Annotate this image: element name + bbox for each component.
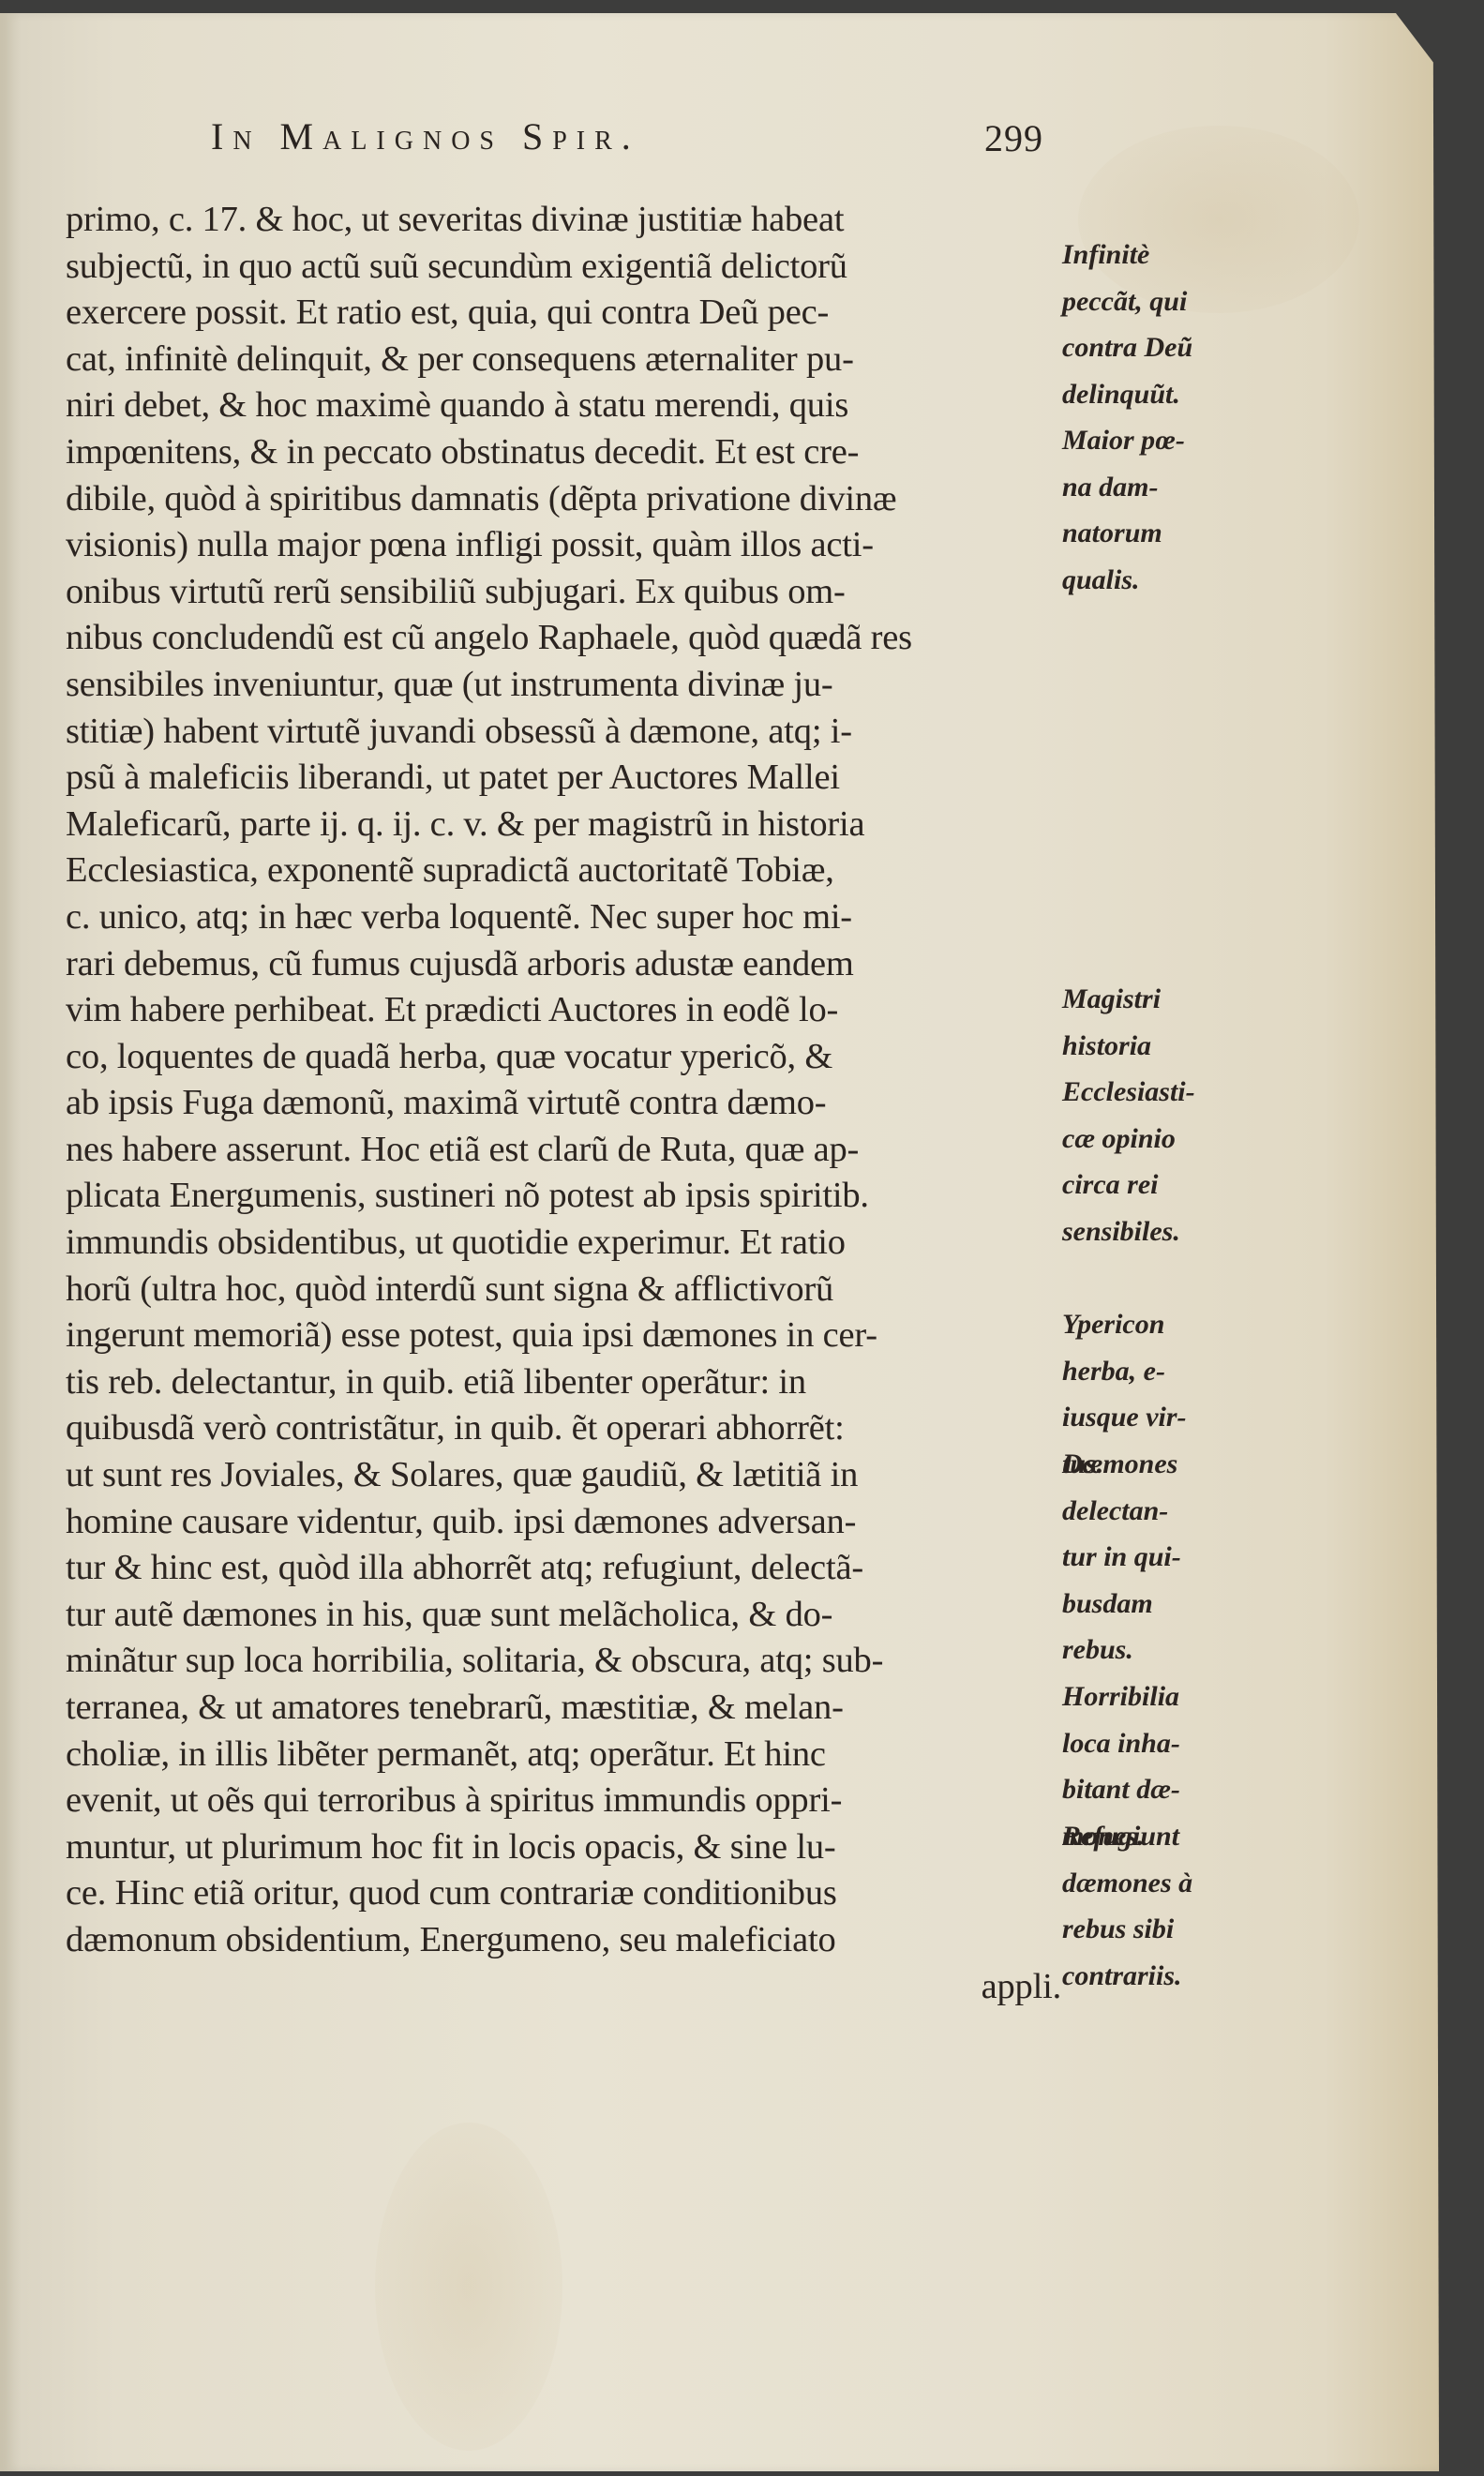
text-line: terranea, & ut amatores tenebrarũ, mæsti… <box>66 1685 1087 1732</box>
margin-note-line: Maior pœ- <box>1062 417 1185 464</box>
text-line: choliæ, in illis libẽter permanẽt, atq; … <box>66 1732 1087 1778</box>
margin-note-line: Ypericon <box>1062 1301 1187 1348</box>
text-line: niri debet, & hoc maximè quando à statu … <box>66 383 1087 429</box>
text-line: impœnitens, & in peccato obstinatus dece… <box>66 429 1087 476</box>
text-line: primo, c. 17. & hoc, ut severitas divinæ… <box>66 197 1087 244</box>
margin-note-line: sensibiles. <box>1062 1208 1195 1255</box>
margin-note-line: Infinitè <box>1062 232 1192 278</box>
text-line: horũ (ultra hoc, quòd interdũ sunt signa… <box>66 1267 1087 1313</box>
running-head: In Malignos Spir. 299 <box>211 114 1055 158</box>
margin-note-line: delectan- <box>1062 1488 1181 1535</box>
text-line: ingerunt memoriã) esse potest, quia ipsi… <box>66 1313 1087 1359</box>
margin-note-line: Horribilia <box>1062 1673 1180 1720</box>
text-line: psũ à maleficiis liberandi, ut patet per… <box>66 755 1087 802</box>
body-text: primo, c. 17. & hoc, ut severitas divinæ… <box>66 197 1087 2010</box>
text-line: exercere possit. Et ratio est, quia, qui… <box>66 290 1087 337</box>
text-line: ut sunt res Joviales, & Solares, quæ gau… <box>66 1452 1087 1499</box>
margin-note-line: bitant dæ- <box>1062 1766 1180 1813</box>
margin-note-line: rebus sibi <box>1062 1906 1192 1953</box>
text-line: Maleficarũ, parte ij. q. ij. c. v. & per… <box>66 802 1087 848</box>
text-line: onibus virtutũ rerũ sensibiliũ subjugari… <box>66 569 1087 616</box>
margin-note-line: Dæmones <box>1062 1441 1181 1488</box>
margin-note-line: rebus. <box>1062 1627 1181 1673</box>
margin-note-line: peccãt, qui <box>1062 278 1192 325</box>
text-line: minãtur sup loca horribilia, solitaria, … <box>66 1638 1087 1685</box>
text-line: ab ipsis Fuga dæmonũ, maximã virtutẽ con… <box>66 1080 1087 1127</box>
margin-note-line: herba, e- <box>1062 1348 1187 1395</box>
margin-note-line: natorum <box>1062 510 1185 557</box>
text-line: muntur, ut plurimum hoc fit in locis opa… <box>66 1824 1087 1871</box>
text-line: homine causare videntur, quib. ipsi dæmo… <box>66 1499 1087 1546</box>
margin-note-line: historia <box>1062 1023 1195 1070</box>
margin-note-line: cæ opinio <box>1062 1116 1195 1163</box>
margin-note: Maior pœ-na dam-natorumqualis. <box>1062 417 1185 603</box>
book-page: In Malignos Spir. 299 primo, c. 17. & ho… <box>0 13 1439 2471</box>
text-line: Ecclesiastica, exponentẽ supradictã auct… <box>66 848 1087 894</box>
margin-note-line: Refugiunt <box>1062 1813 1192 1860</box>
catchword: appli. <box>66 1964 1087 2011</box>
text-line: vim habere perhibeat. Et prædicti Auctor… <box>66 987 1087 1034</box>
margin-note: Dæmonesdelectan-tur in qui-busdamrebus. <box>1062 1441 1181 1673</box>
margin-note-line: contra Deũ <box>1062 324 1192 371</box>
margin-note: Infinitèpeccãt, quicontra Deũdelinquũt. <box>1062 232 1192 417</box>
margin-note: Refugiuntdæmones àrebus sibicontrariis. <box>1062 1813 1192 1999</box>
margin-note-line: busdam <box>1062 1581 1181 1628</box>
running-head-title: In Malignos Spir. <box>211 115 640 158</box>
margin-note-line: Magistri <box>1062 976 1195 1023</box>
text-line: evenit, ut oẽs qui terroribus à spiritus… <box>66 1778 1087 1824</box>
text-line: co, loquentes de quadã herba, quæ vocatu… <box>66 1034 1087 1081</box>
text-line: quibusdã verò contristãtur, in quib. ẽt … <box>66 1405 1087 1452</box>
margin-note-line: qualis. <box>1062 557 1185 604</box>
text-line: nibus concludendũ est cũ angelo Raphaele… <box>66 615 1087 662</box>
margin-note-line: tur in qui- <box>1062 1534 1181 1581</box>
text-line: nes habere asserunt. Hoc etiã est clarũ … <box>66 1127 1087 1174</box>
text-line: dibile, quòd à spiritibus damnatis (dẽpt… <box>66 476 1087 523</box>
page-number: 299 <box>984 116 1043 160</box>
margin-note-line: iusque vir- <box>1062 1394 1187 1441</box>
text-line: plicata Energumenis, sustineri nõ potest… <box>66 1173 1087 1220</box>
text-line: immundis obsidentibus, ut quotidie exper… <box>66 1220 1087 1267</box>
text-line: c. unico, atq; in hæc verba loquentẽ. Ne… <box>66 894 1087 941</box>
text-line: dæmonum obsidentium, Energumeno, seu mal… <box>66 1917 1087 1964</box>
text-line: ce. Hinc etiã oritur, quod cum contrariæ… <box>66 1870 1087 1917</box>
text-line: tis reb. delectantur, in quib. etiã libe… <box>66 1359 1087 1406</box>
margin-note-line: circa rei <box>1062 1162 1195 1208</box>
text-line: stitiæ) habent virtutẽ juvandi obsessũ à… <box>66 709 1087 756</box>
margin-note-line: delinquũt. <box>1062 371 1192 418</box>
text-line: sensibiles inveniuntur, quæ (ut instrume… <box>66 662 1087 709</box>
text-line: tur & hinc est, quòd illa abhorrẽt atq; … <box>66 1545 1087 1592</box>
text-line: visionis) nulla major pœna infligi possi… <box>66 522 1087 569</box>
text-line: tur autẽ dæmones in his, quæ sunt melãch… <box>66 1592 1087 1639</box>
text-line: subjectũ, in quo actũ suũ secundùm exige… <box>66 244 1087 291</box>
margin-note: MagistrihistoriaEcclesiasti-cæ opiniocir… <box>1062 976 1195 1255</box>
text-line: rari debemus, cũ fumus cujusdã arboris a… <box>66 941 1087 988</box>
margin-note-line: contrariis. <box>1062 1953 1192 2000</box>
margin-note-line: Ecclesiasti- <box>1062 1069 1195 1116</box>
margin-note-line: na dam- <box>1062 464 1185 511</box>
text-line: cat, infinitè delinquit, & per consequen… <box>66 337 1087 383</box>
margin-note-line: loca inha- <box>1062 1720 1180 1767</box>
margin-note-line: dæmones à <box>1062 1860 1192 1907</box>
paper-stain <box>375 2123 562 2451</box>
